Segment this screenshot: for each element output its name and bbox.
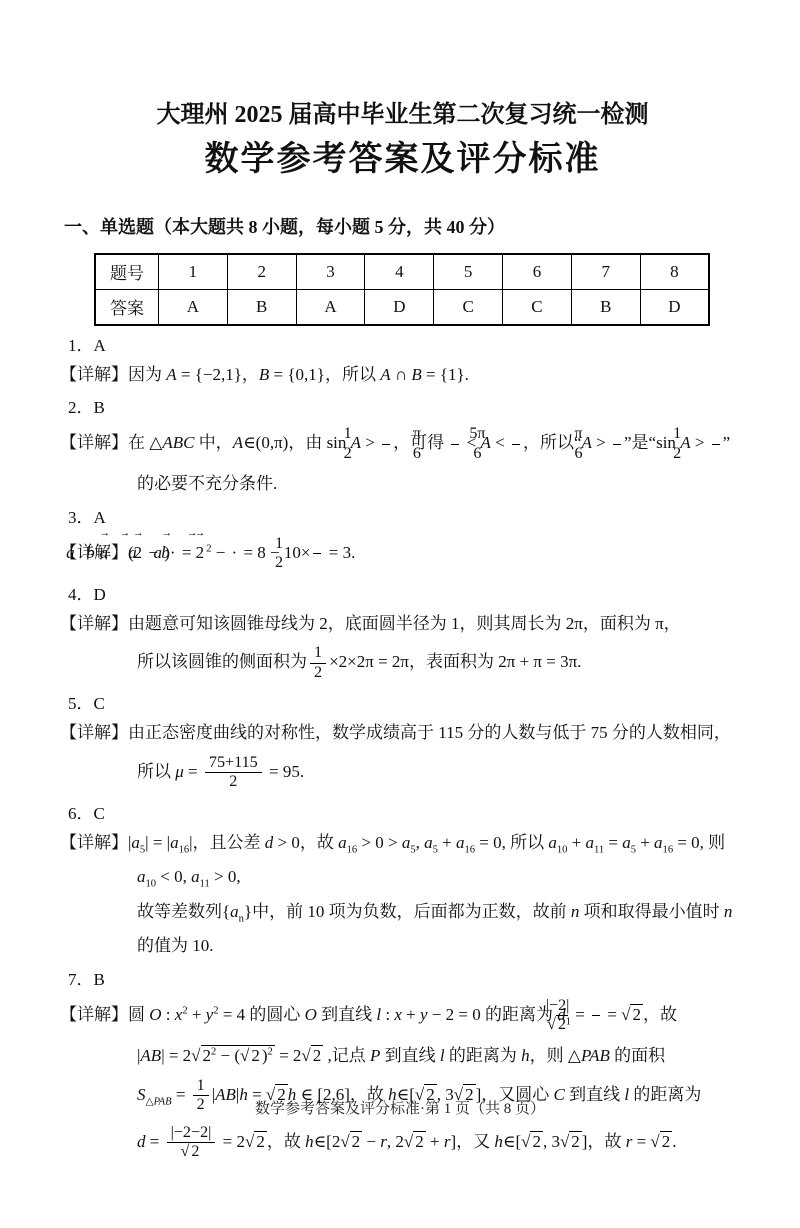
table-cell: B [571,289,640,325]
answer-table: 题号 1 2 3 4 5 6 7 8 答案 A B A D C C B D [94,253,710,326]
table-cell: D [640,289,709,325]
question-block-7: 7．B 【详解】圆 O : x2 + y2 = 4 的圆心 O 到直线 l : … [60,969,745,1164]
detail-line: d = |−2−2|√2 = 2√2，故 h∈[2√2 − r, 2√2 + r… [137,1122,745,1164]
detail-line: 【详解】由正态密度曲线的对称性，数学成绩高于 115 分的人数与低于 75 分的… [137,719,745,747]
detail-line: 【详解】|a5| = |a16|，且公差 d > 0，故 a16 > 0 > a… [137,829,745,858]
page-footer: 数学参考答案及评分标准·第 1 页（共 8 页） [0,1097,800,1118]
exam-answer-page: { "page": { "title": "大理州 2025 届高中毕业生第二次… [0,0,800,1228]
question-block-3: 3．A 【详解】(2a − b)·a = 2a2 − a·b = 8 − 10×… [60,507,745,575]
question-block-4: 4．D 【详解】由题意可知该圆锥母线为 2，底面圆半径为 1，则其周长为 2π，… [60,584,745,685]
question-answer-label: 4．D [68,584,745,607]
detail-line: 【详解】圆 O : x2 + y2 = 4 的圆心 O 到直线 l : x + … [137,995,745,1037]
table-cell: 6 [503,254,572,290]
page-title: 大理州 2025 届高中毕业生第二次复习统一检测 [60,100,745,130]
detail-line: |AB| = 2√22 − (√2)2 = 2√2 ,记点 P 到直线 l 的距… [137,1042,745,1070]
table-label-cell: 题号 [95,254,159,290]
question-answer-label: 3．A [68,507,745,530]
question-detail: 【详解】在 △ABC 中，A∈(0,π)，由 sin A > 12，可得 π6 … [60,423,745,498]
question-answer-label: 5．C [68,693,745,716]
questions-section: 1．A 【详解】因为 A = {−2,1}，B = {0,1}，所以 A ∩ B… [60,335,745,1164]
section-heading: 一、单选题（本大题共 8 小题，每小题 5 分，共 40 分） [64,216,745,239]
table-cell: 5 [434,254,503,290]
table-label-cell: 答案 [95,289,159,325]
table-cell: B [227,289,296,325]
table-cell: 4 [365,254,434,290]
detail-line: 【详解】在 △ABC 中，A∈(0,π)，由 sin A > 12，可得 π6 … [137,423,745,465]
question-answer-label: 6．C [68,803,745,826]
detail-line: 的必要不充分条件. [137,470,745,498]
question-detail: 【详解】由题意可知该圆锥母线为 2，底面圆半径为 1，则其周长为 2π，面积为 … [60,610,745,685]
question-answer-label: 7．B [68,969,745,992]
table-cell: 8 [640,254,709,290]
table-cell: C [434,289,503,325]
table-cell: 2 [227,254,296,290]
table-cell: D [365,289,434,325]
table-cell: C [503,289,572,325]
question-detail: 【详解】由正态密度曲线的对称性，数学成绩高于 115 分的人数与低于 75 分的… [60,719,745,794]
document-page: 大理州 2025 届高中毕业生第二次复习统一检测 数学参考答案及评分标准 一、单… [0,0,800,1164]
question-detail: 【详解】|a5| = |a16|，且公差 d > 0，故 a16 > 0 > a… [60,829,745,960]
detail-line: 的值为 10. [137,932,745,960]
detail-line: 所以 μ = 75+1152 = 95. [137,752,745,794]
question-detail: 【详解】圆 O : x2 + y2 = 4 的圆心 O 到直线 l : x + … [60,995,745,1164]
table-cell: A [296,289,365,325]
table-row-numbers: 题号 1 2 3 4 5 6 7 8 [95,254,709,290]
question-block-5: 5．C 【详解】由正态密度曲线的对称性，数学成绩高于 115 分的人数与低于 7… [60,693,745,794]
question-block-1: 1．A 【详解】因为 A = {−2,1}，B = {0,1}，所以 A ∩ B… [60,335,745,388]
detail-line: 所以该圆锥的侧面积为12×2×2π = 2π，表面积为 2π + π = 3π. [137,642,745,684]
table-cell: 7 [571,254,640,290]
detail-line: 【详解】由题意可知该圆锥母线为 2，底面圆半径为 1，则其周长为 2π，面积为 … [137,610,745,638]
detail-line: 【详解】因为 A = {−2,1}，B = {0,1}，所以 A ∩ B = {… [137,361,745,389]
table-cell: 3 [296,254,365,290]
question-answer-label: 1．A [68,335,745,358]
table-cell: A [159,289,228,325]
detail-line: 【详解】(2a − b)·a = 2a2 − a·b = 8 − 10×12 =… [137,533,745,575]
question-answer-label: 2．B [68,397,745,420]
page-subtitle: 数学参考答案及评分标准 [60,138,745,182]
question-detail: 【详解】(2a − b)·a = 2a2 − a·b = 8 − 10×12 =… [60,533,745,575]
detail-line: a10 < 0, a11 > 0, [137,863,745,892]
table-row-answers: 答案 A B A D C C B D [95,289,709,325]
question-block-6: 6．C 【详解】|a5| = |a16|，且公差 d > 0，故 a16 > 0… [60,803,745,960]
table-cell: 1 [159,254,228,290]
question-detail: 【详解】因为 A = {−2,1}，B = {0,1}，所以 A ∩ B = {… [60,361,745,389]
detail-line: 故等差数列{an}中，前 10 项为负数，后面都为正数，故前 n 项和取得最小值… [137,898,745,927]
question-block-2: 2．B 【详解】在 △ABC 中，A∈(0,π)，由 sin A > 12，可得… [60,397,745,498]
